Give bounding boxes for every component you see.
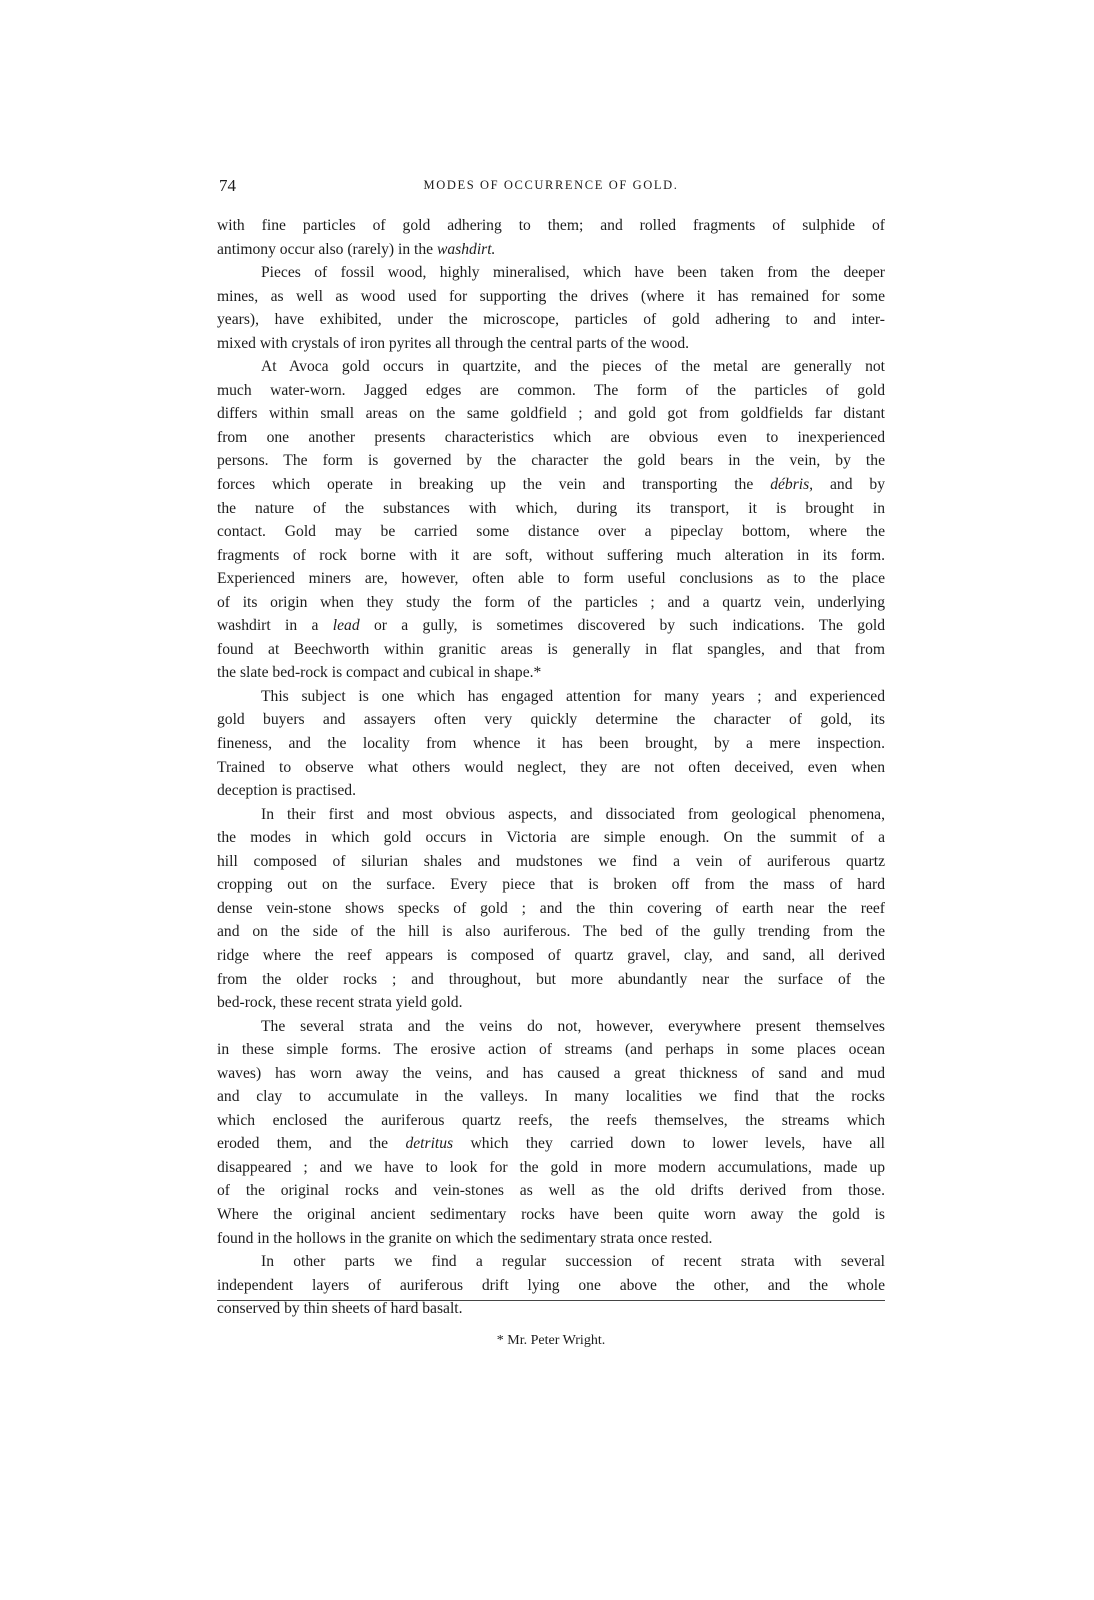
- text-line: cropping out on the surface. Every piece…: [217, 873, 885, 897]
- text-line: fineness, and the locality from whence i…: [217, 732, 885, 756]
- text-line: bed-rock, these recent strata yield gold…: [217, 991, 885, 1015]
- text-line: mines, as well as wood used for supporti…: [217, 285, 885, 309]
- text-segment: washdirt in a: [217, 617, 333, 634]
- text-line: At Avoca gold occurs in quartzite, and t…: [217, 355, 885, 379]
- text-segment: and by: [813, 476, 885, 493]
- text-line: found at Beechworth within granitic area…: [217, 638, 885, 662]
- text-line: the modes in which gold occurs in Victor…: [217, 826, 885, 850]
- text-line: fragments of rock borne with it are soft…: [217, 544, 885, 568]
- text-segment: eroded them, and the: [217, 1135, 405, 1152]
- text-line: of the original rocks and vein-stones as…: [217, 1179, 885, 1203]
- text-line: Experienced miners are, however, often a…: [217, 567, 885, 591]
- text-segment: antimony occur also (rarely) in the: [217, 241, 437, 258]
- text-line: hill composed of silurian shales and mud…: [217, 850, 885, 874]
- text-line: of its origin when they study the form o…: [217, 591, 885, 615]
- text-line: years), have exhibited, under the micros…: [217, 308, 885, 332]
- text-line: from the older rocks ; and throughout, b…: [217, 968, 885, 992]
- text-line: differs within small areas on the same g…: [217, 402, 885, 426]
- text-line: washdirt in a lead or a gully, is someti…: [217, 614, 885, 638]
- text-segment: forces which operate in breaking up the …: [217, 476, 770, 493]
- text-line: forces which operate in breaking up the …: [217, 473, 885, 497]
- text-line: In their first and most obvious aspects,…: [217, 803, 885, 827]
- text-line: gold buyers and assayers often very quic…: [217, 708, 885, 732]
- text-line: waves) has worn away the veins, and has …: [217, 1062, 885, 1086]
- text-line: This subject is one which has engaged at…: [217, 685, 885, 709]
- text-line: antimony occur also (rarely) in the wash…: [217, 238, 885, 262]
- body-text: with fine particles of gold adhering to …: [217, 214, 885, 1321]
- italic-term: washdirt.: [437, 241, 496, 258]
- text-line: the nature of the substances with which,…: [217, 497, 885, 521]
- text-line: independent layers of auriferous drift l…: [217, 1274, 885, 1298]
- running-head: 74 MODES OF OCCURRENCE OF GOLD.: [217, 176, 885, 198]
- text-line: much water-worn. Jagged edges are common…: [217, 379, 885, 403]
- italic-term: lead: [333, 617, 360, 634]
- footnote-divider: [217, 1300, 885, 1301]
- text-line: from one another presents characteristic…: [217, 426, 885, 450]
- text-line: the slate bed-rock is compact and cubica…: [217, 661, 885, 685]
- text-line: which enclosed the auriferous quartz ree…: [217, 1109, 885, 1133]
- text-line: and clay to accumulate in the valleys. I…: [217, 1085, 885, 1109]
- text-line: Trained to observe what others would neg…: [217, 756, 885, 780]
- text-line: persons. The form is governed by the cha…: [217, 449, 885, 473]
- text-line: Pieces of fossil wood, highly mineralise…: [217, 261, 885, 285]
- text-line: In other parts we find a regular success…: [217, 1250, 885, 1274]
- text-line: eroded them, and the detritus which they…: [217, 1132, 885, 1156]
- text-line: The several strata and the veins do not,…: [217, 1015, 885, 1039]
- text-line: deception is practised.: [217, 779, 885, 803]
- text-line: disappeared ; and we have to look for th…: [217, 1156, 885, 1180]
- text-line: Where the original ancient sedimentary r…: [217, 1203, 885, 1227]
- italic-term: detritus: [405, 1135, 453, 1152]
- text-line: with fine particles of gold adhering to …: [217, 214, 885, 238]
- text-segment: or a gully, is sometimes discovered by s…: [360, 617, 885, 634]
- running-title: MODES OF OCCURRENCE OF GOLD.: [217, 178, 885, 193]
- text-segment: which they carried down to lower levels,…: [453, 1135, 885, 1152]
- text-line: contact. Gold may be carried some distan…: [217, 520, 885, 544]
- text-line: dense vein-stone shows specks of gold ; …: [217, 897, 885, 921]
- italic-term: débris,: [770, 476, 813, 493]
- text-line: found in the hollows in the granite on w…: [217, 1227, 885, 1251]
- text-line: in these simple forms. The erosive actio…: [217, 1038, 885, 1062]
- text-line: ridge where the reef appears is composed…: [217, 944, 885, 968]
- text-line: mixed with crystals of iron pyrites all …: [217, 332, 885, 356]
- text-line: and on the side of the hill is also auri…: [217, 920, 885, 944]
- footnote: * Mr. Peter Wright.: [217, 1333, 885, 1349]
